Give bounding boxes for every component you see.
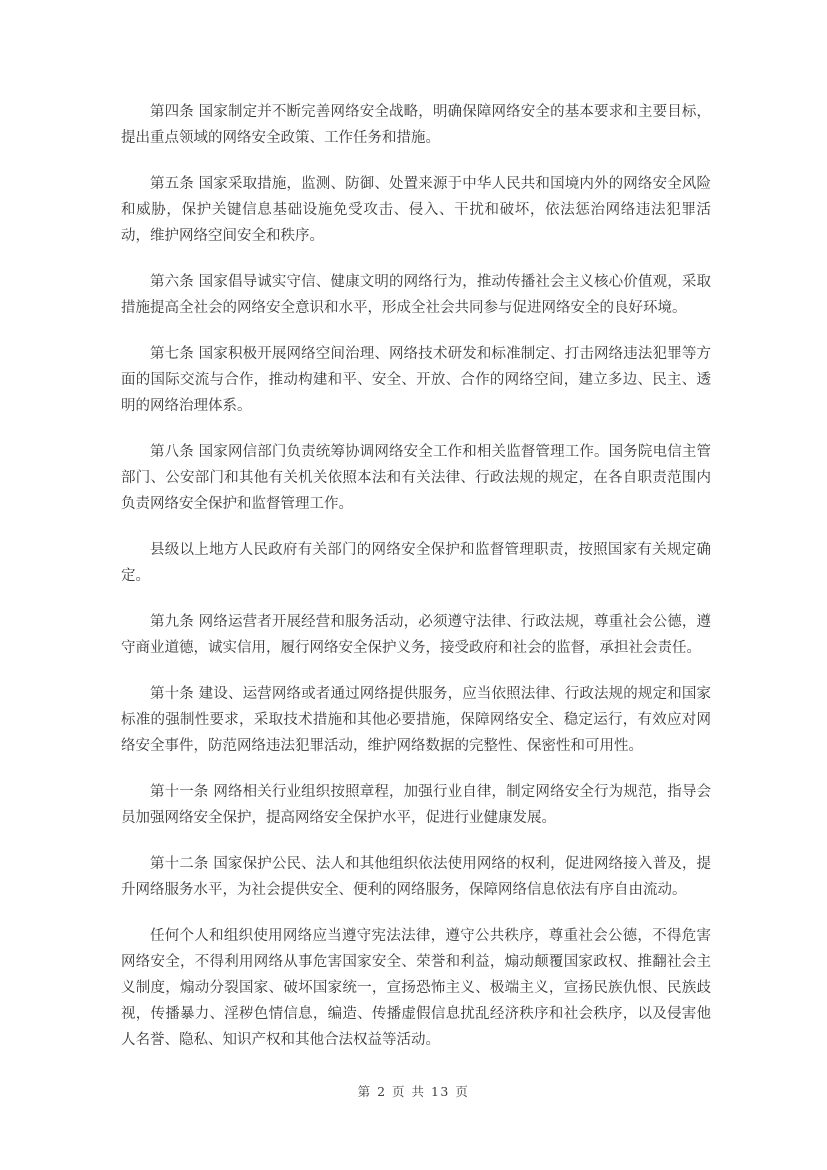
para-article-4: 第四条 国家制定并不断完善网络安全战略，明确保障网络安全的基本要求和主要目标，提…	[121, 99, 711, 151]
para-article-5: 第五条 国家采取措施，监测、防御、处置来源于中华人民共和国境内外的网络安全风险和…	[121, 171, 711, 249]
para-article-12-cont: 任何个人和组织使用网络应当遵守宪法法律，遵守公共秩序，尊重社会公德，不得危害网络…	[121, 923, 711, 1053]
para-article-12: 第十二条 国家保护公民、法人和其他组织依法使用网络的权利，促进网络接入普及，提升…	[121, 851, 711, 903]
para-article-9: 第九条 网络运营者开展经营和服务活动，必须遵守法律、行政法规，尊重社会公德，遵守…	[121, 609, 711, 661]
para-article-8: 第八条 国家网信部门负责统筹协调网络安全工作和相关监督管理工作。国务院电信主管部…	[121, 439, 711, 517]
page-number-label: 第 2 页 共 13 页	[358, 1084, 470, 1099]
document-page: 第四条 国家制定并不断完善网络安全战略，明确保障网络安全的基本要求和主要目标，提…	[0, 0, 827, 1170]
para-article-10: 第十条 建设、运营网络或者通过网络提供服务，应当依照法律、行政法规的规定和国家标…	[121, 681, 711, 759]
para-article-6: 第六条 国家倡导诚实守信、健康文明的网络行为，推动传播社会主义核心价值观，采取措…	[121, 269, 711, 321]
page-footer: 第 2 页 共 13 页	[0, 1082, 827, 1100]
para-article-7: 第七条 国家积极开展网络空间治理、网络技术研发和标准制定、打击网络违法犯罪等方面…	[121, 341, 711, 419]
para-article-11: 第十一条 网络相关行业组织按照章程，加强行业自律，制定网络安全行为规范，指导会员…	[121, 779, 711, 831]
para-article-8-cont: 县级以上地方人民政府有关部门的网络安全保护和监督管理职责，按照国家有关规定确定。	[121, 537, 711, 589]
document-body: 第四条 国家制定并不断完善网络安全战略，明确保障网络安全的基本要求和主要目标，提…	[121, 99, 711, 1073]
